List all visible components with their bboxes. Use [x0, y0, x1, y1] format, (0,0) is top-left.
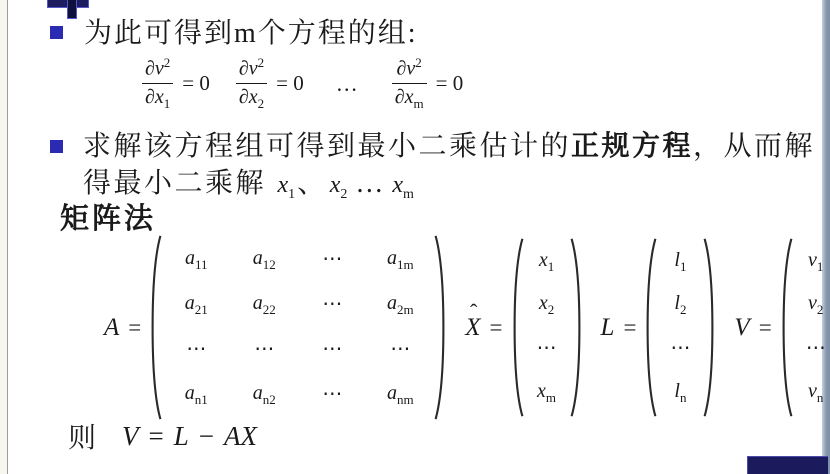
equals-sign: = [623, 315, 636, 341]
vector-V: v1 v2 ⋯ vn [781, 237, 830, 418]
matrix-cell: ⋯ [254, 336, 274, 364]
right-paren-icon [569, 237, 582, 418]
var-x1: x1 [278, 172, 296, 198]
equals-zero: = 0 [276, 71, 304, 96]
matrix-cell: ⋯ [322, 381, 342, 409]
vector-cell: ⋯ [537, 335, 557, 363]
vector-cell: ⋯ [670, 335, 690, 363]
matrix-cell: an1 [185, 382, 208, 408]
equals-sign: = [128, 315, 141, 341]
matrix-A: a11 a12 ⋯ a1m a21 a22 ⋯ a2m ⋯ ⋯ ⋯ ⋯ an1 … [150, 234, 446, 421]
vector-cell: v2 [808, 292, 823, 318]
equals-zero: = 0 [436, 71, 464, 96]
partial-derivative-term: ∂v2 ∂x1 = 0 [142, 56, 210, 112]
vector-L: l1 l2 ⋯ ln [645, 237, 715, 418]
matrix-cell: ⋯ [322, 336, 342, 364]
vector-V-entries: v1 v2 ⋯ vn [794, 237, 830, 418]
vector-cell: xm [537, 380, 556, 406]
matrix-cell: ⋯ [322, 291, 342, 319]
partial-derivative-term: ∂v2 ∂x2 = 0 [236, 56, 304, 112]
bullet2-text: 求解该方程组可得到最小二乘估计的正规方程，从而解得最小二乘解 x1、x2…xm [83, 128, 825, 213]
var-xm: xm [392, 172, 414, 198]
vector-cell: vn [808, 380, 823, 406]
vector-cell: x2 [539, 292, 554, 318]
matrix-A-label: A [104, 314, 119, 342]
slide-footer-block [747, 456, 828, 474]
fraction: ∂v2 ∂x1 [142, 56, 173, 112]
matrix-cell: ⋯ [390, 336, 410, 364]
matrix-cell: a12 [253, 247, 276, 273]
vector-V-label: V [734, 314, 749, 342]
left-paren-icon [781, 237, 794, 418]
left-paren-icon [150, 234, 163, 421]
matrix-A-entries: a11 a12 ⋯ a1m a21 a22 ⋯ a2m ⋯ ⋯ ⋯ ⋯ an1 … [163, 234, 433, 421]
conclusion-line: 则 V = L − AX [68, 416, 257, 456]
matrix-cell: ⋯ [322, 246, 342, 274]
bullet-square-icon [50, 26, 63, 39]
ellipsis: … [336, 71, 360, 97]
fraction-bar [236, 83, 267, 84]
var-x2: x2 [330, 172, 348, 198]
right-paren-icon [702, 237, 715, 418]
matrix-cell: a2m [387, 292, 414, 318]
fraction-bar [392, 83, 427, 84]
matrix-cell: ⋯ [186, 336, 206, 364]
matrix-method-heading: 矩阵法 [60, 196, 156, 237]
equals-zero: = 0 [182, 71, 210, 96]
equals-sign: = [490, 315, 503, 341]
matrix-cell: a11 [185, 247, 208, 273]
vector-L-entries: l1 l2 ⋯ ln [658, 237, 702, 418]
partial-derivative-term: ∂v2 ∂xm = 0 [392, 56, 463, 112]
left-edge-strip [0, 0, 8, 474]
hat-icon: ˆ [470, 301, 477, 323]
vector-cell: l1 [674, 249, 686, 275]
bullet1-text: 为此可得到m个方程的组: [84, 16, 418, 52]
right-paren-icon [433, 234, 446, 421]
fraction-bar [142, 83, 173, 84]
vector-X-label: ˆX [465, 314, 480, 342]
equals-sign: = [759, 315, 772, 341]
vector-X-entries: x1 x2 ⋯ xm [525, 237, 569, 418]
left-paren-icon [512, 237, 525, 418]
bullet-item-equations: 为此可得到m个方程的组: [50, 16, 418, 52]
matrix-cell: a21 [185, 292, 208, 318]
bullet-square-icon [50, 140, 63, 153]
vector-X: x1 x2 ⋯ xm [512, 237, 582, 418]
slide: { "slide": { "bullet1": { "text": "为此可得到… [0, 0, 830, 474]
ellipsis: … [355, 168, 384, 199]
bullet-item-normal-equations: 求解该方程组可得到最小二乘估计的正规方程，从而解得最小二乘解 x1、x2…xm [50, 128, 825, 213]
fraction: ∂v2 ∂x2 [236, 56, 267, 112]
vector-L-label: L [601, 314, 615, 342]
partial-derivative-equations: ∂v2 ∂x1 = 0 ∂v2 ∂x2 = 0 … ∂v2 ∂xm = 0 [142, 56, 463, 112]
matrix-definitions: A = a11 a12 ⋯ a1m a21 a22 ⋯ a2m ⋯ ⋯ ⋯ ⋯ … [104, 234, 830, 421]
vector-cell: v1 [808, 249, 823, 275]
conclusion-formula: V = L − AX [122, 421, 257, 452]
matrix-cell: a1m [387, 247, 414, 273]
matrix-cell: an2 [253, 382, 276, 408]
vector-cell: ⋯ [806, 335, 826, 363]
vector-cell: l2 [674, 292, 686, 318]
conclusion-prefix: 则 [68, 416, 98, 456]
matrix-cell: a22 [253, 292, 276, 318]
left-paren-icon [645, 237, 658, 418]
fraction: ∂v2 ∂xm [392, 56, 427, 112]
bold-normal-equation: 正规方程 [571, 131, 693, 162]
matrix-cell: anm [387, 382, 414, 408]
vector-cell: ln [674, 380, 686, 406]
vector-cell: x1 [539, 249, 554, 275]
